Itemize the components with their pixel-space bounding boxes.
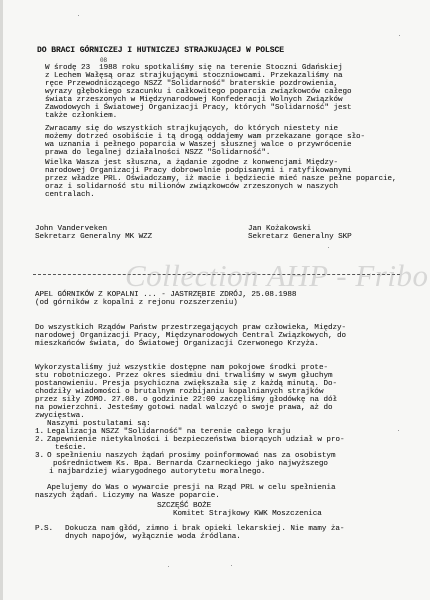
scan-speck xyxy=(78,15,79,16)
scanned-document-page: DO BRACI GÓRNICZEJ I HUTNICZEJ STRAJKUJĄ… xyxy=(0,0,430,600)
postulate-3-number: 3. xyxy=(35,452,44,461)
letter1-para3-line5: centralach. xyxy=(45,191,95,200)
scan-speck xyxy=(398,430,399,431)
postscript-label: P.S. xyxy=(35,525,53,534)
signature-right-role: Sekretarz Generalny SKP xyxy=(248,233,352,242)
signature-left-role: Sekretarz Generalny MK WZZ xyxy=(35,233,152,242)
letter2-para2-line2: naszych żądań. Liczymy na Wasze poparcie… xyxy=(35,492,220,501)
postulate-2-text-line1: Zapewnienie nietykalności i bezpieczeńst… xyxy=(47,436,344,445)
postulate-2-number: 2. xyxy=(35,436,44,445)
scan-speck xyxy=(399,35,400,36)
section-divider xyxy=(33,274,400,275)
letter1-para2-line4: prawa do legalnej działalności NSZZ "Sol… xyxy=(45,149,270,158)
postulate-3-text-line3: i najbardziej wiarygodnego autorytetu mo… xyxy=(49,468,265,477)
letter1-title: DO BRACI GÓRNICZEJ I HUTNICZEJ STRAJKUJĄ… xyxy=(37,47,284,56)
letter1-para1-line7: także członkiem. xyxy=(45,112,117,121)
scan-speck xyxy=(168,566,169,567)
scan-speck xyxy=(328,247,329,248)
letter2-subtitle: (od górników z kopalni z rejonu rozszerz… xyxy=(35,299,238,308)
scan-speck xyxy=(231,565,232,566)
postscript-line2: dnych napojów, wyłącznie woda źródlana. xyxy=(65,533,241,542)
letter2-address-line3: mieszkańców świata, do Światowej Organiz… xyxy=(35,340,319,349)
strike-committee: Komitet Strajkowy KWK Moszczenica xyxy=(173,510,322,519)
